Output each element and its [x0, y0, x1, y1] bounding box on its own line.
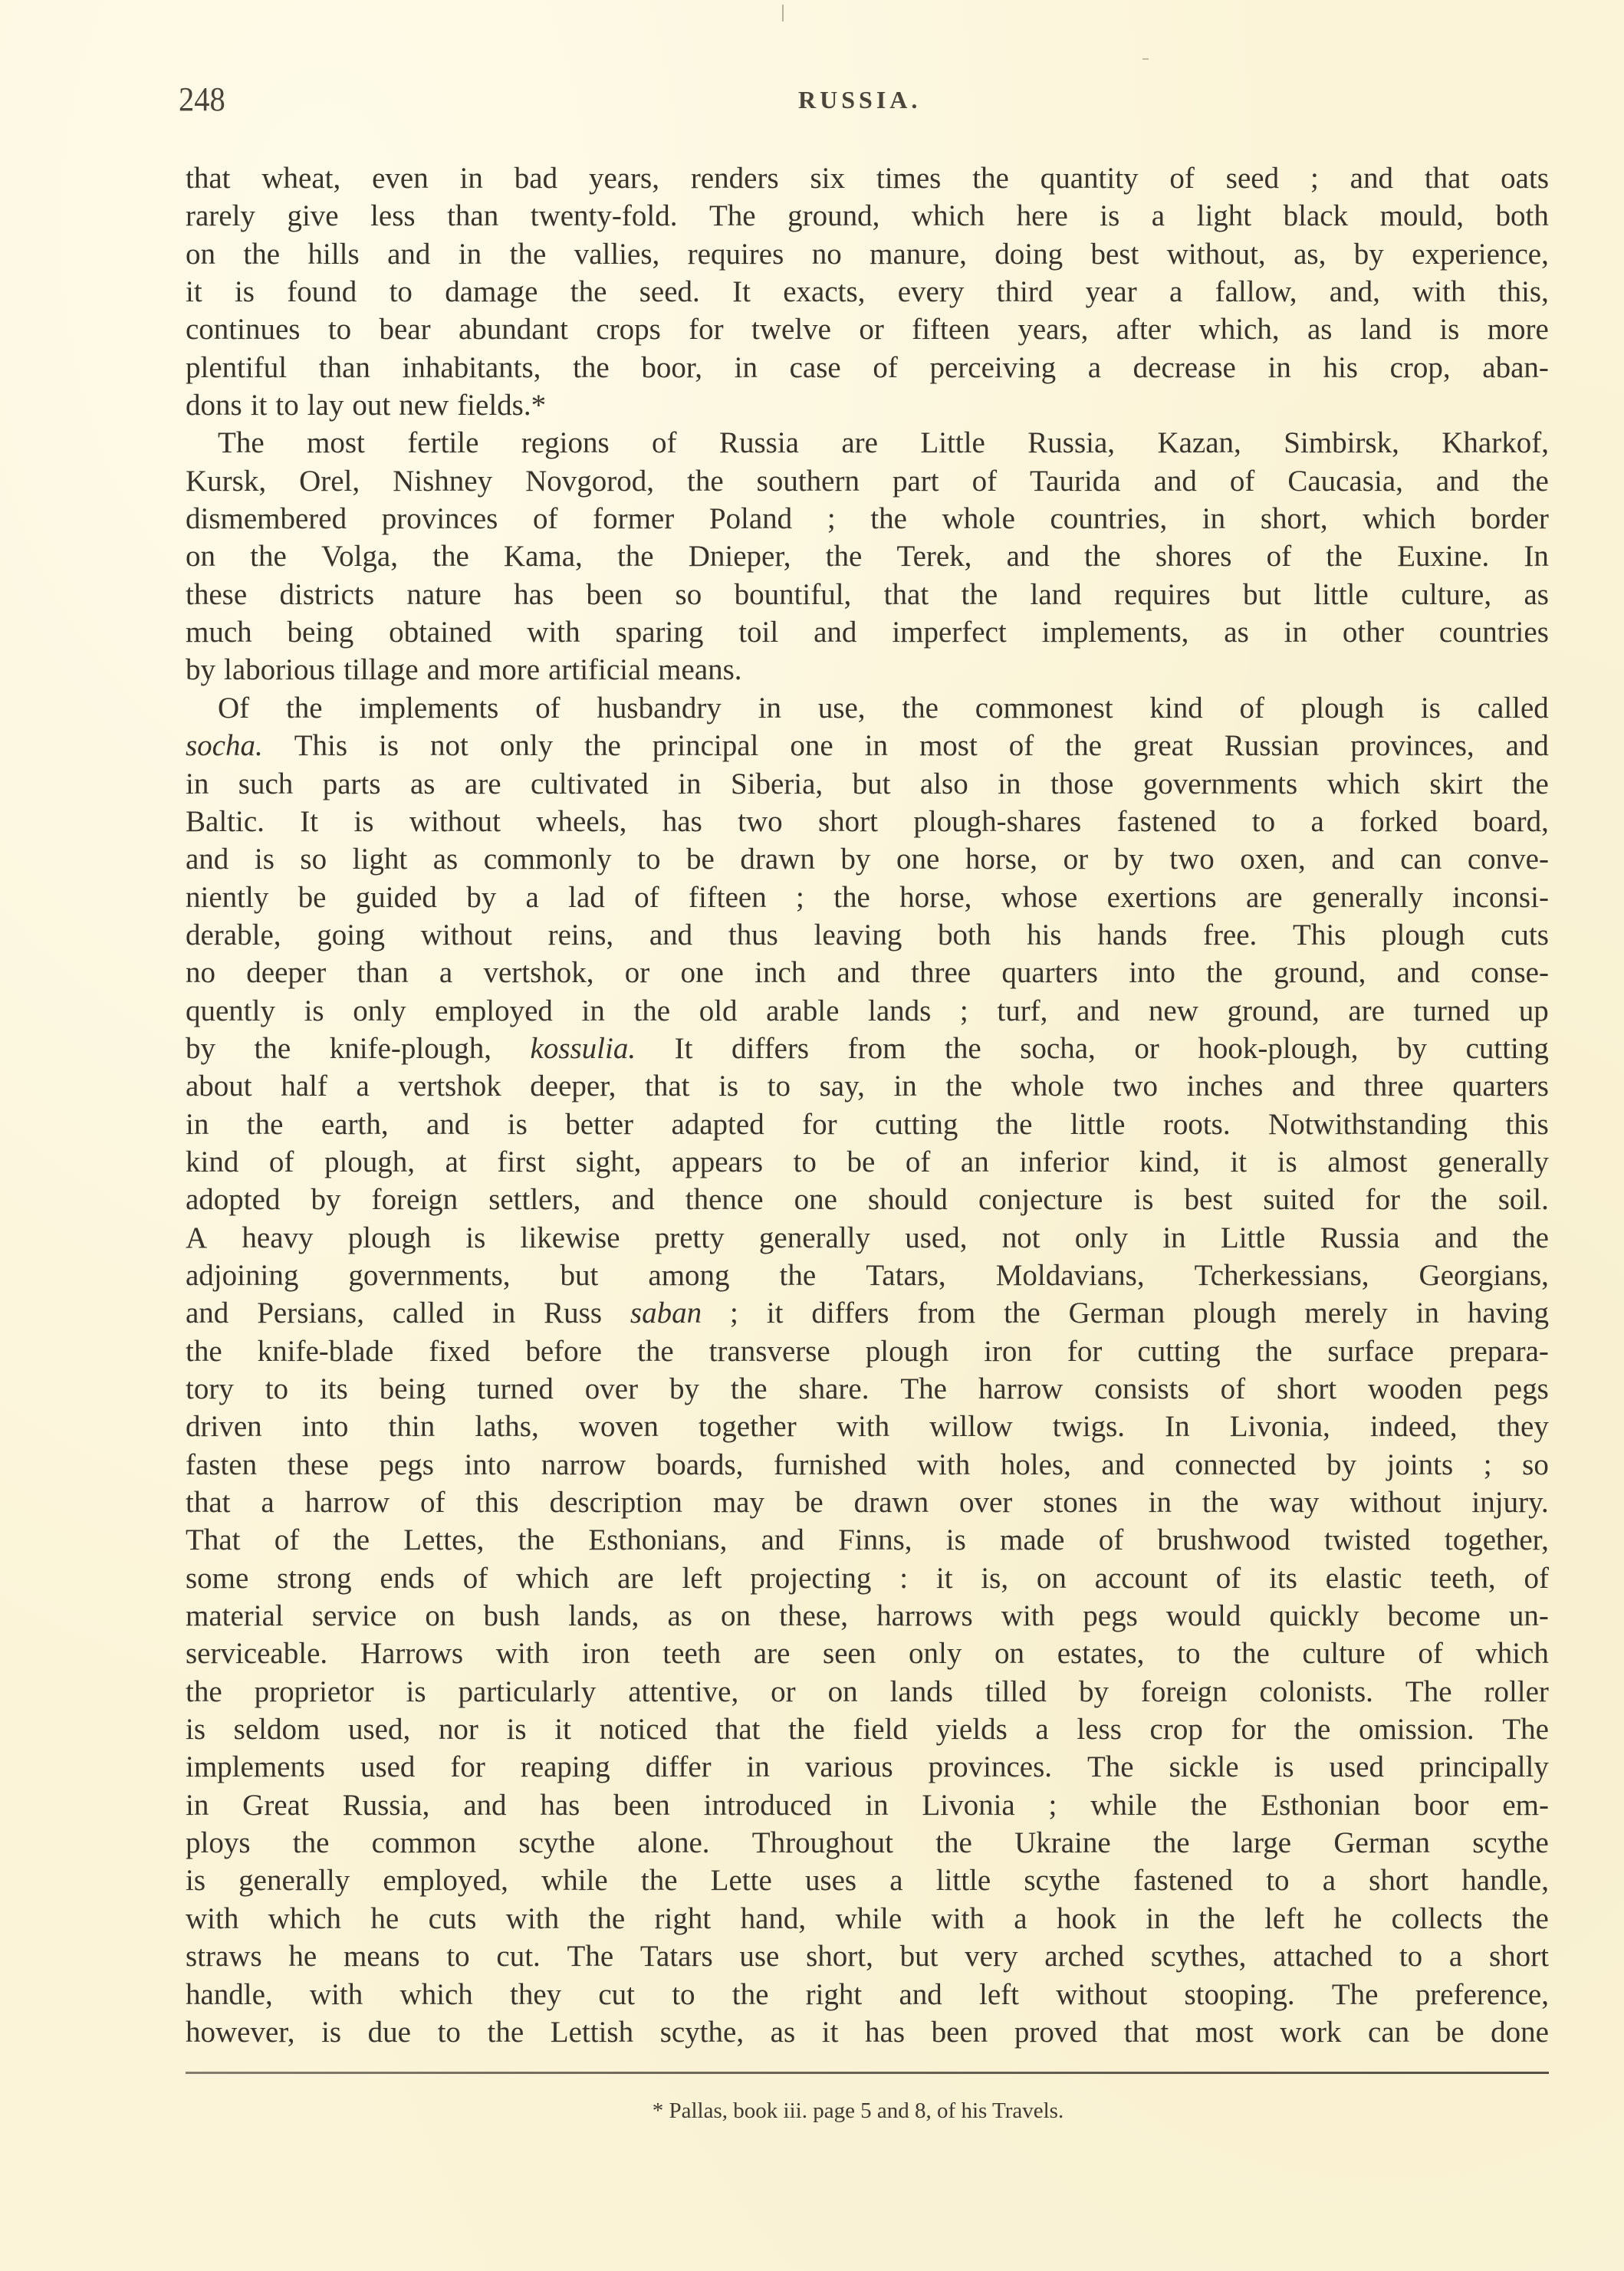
word: of	[1099, 1521, 1124, 1559]
text-line: drivenintothinlaths,woventogetherwithwil…	[186, 1408, 1549, 1445]
word: holes,	[1001, 1446, 1071, 1484]
word: obtained	[389, 613, 491, 651]
text-line: ontheVolga,theKama,theDnieper,theTerek,a…	[186, 537, 1549, 575]
word: fallow,	[1215, 273, 1297, 311]
word: reaping	[521, 1748, 610, 1786]
word: crops	[596, 311, 660, 348]
word: the	[243, 235, 280, 273]
word: German	[1069, 1294, 1165, 1332]
word: been	[613, 1786, 670, 1824]
word: been	[587, 576, 643, 613]
word: out	[352, 386, 390, 424]
word: part	[893, 462, 939, 500]
word: boor	[1414, 1786, 1469, 1824]
text-line: withwhichhecutswiththerighthand,whilewit…	[186, 1900, 1549, 1937]
word: cutting	[875, 1106, 958, 1143]
text-line: itisfoundtodamagetheseed.Itexacts,everyt…	[186, 273, 1549, 311]
word: short	[1277, 1370, 1336, 1408]
word: The	[1502, 1711, 1549, 1748]
word: a	[1035, 1711, 1048, 1748]
word: mould,	[1380, 197, 1464, 235]
word: short,	[806, 1937, 873, 1975]
word: some	[186, 1559, 248, 1597]
word: conjecture	[978, 1181, 1103, 1218]
word: omission.	[1359, 1711, 1474, 1748]
word: it	[767, 1294, 784, 1332]
word: cutting	[1466, 1030, 1549, 1067]
word: and	[837, 954, 880, 991]
word: kind,	[1139, 1143, 1200, 1181]
word: attentive,	[628, 1673, 738, 1711]
word: the	[333, 1521, 370, 1559]
text-line: materialserviceonbushlands,asonthese,har…	[186, 1597, 1549, 1635]
text-line: isgenerallyemployed,whiletheLetteusesali…	[186, 1862, 1549, 1899]
word: Siberia,	[731, 765, 823, 803]
word: culture,	[1401, 576, 1491, 613]
word: Tatars	[640, 1937, 713, 1975]
word: plentiful	[186, 349, 287, 386]
word: it	[822, 2013, 839, 2051]
word: before	[525, 1333, 602, 1370]
word: is	[1421, 689, 1441, 727]
word: a	[889, 1862, 902, 1899]
word: is	[379, 727, 399, 764]
word: to	[672, 1976, 695, 2013]
word: of	[275, 1521, 300, 1559]
word: are	[1348, 992, 1385, 1030]
word: laborious	[224, 651, 335, 689]
word: land	[1031, 576, 1082, 613]
book-page: 248 RUSSIA. thatwheat,eveninbadyears,ren…	[0, 0, 1624, 2271]
word: deeper	[246, 954, 326, 991]
word: its	[320, 1370, 348, 1408]
text-line: donsittolayoutnewfields.*	[186, 386, 1549, 424]
italic-word: socha.	[186, 727, 263, 764]
word: This	[294, 727, 347, 764]
word: connected	[1175, 1446, 1296, 1484]
word: and	[611, 1181, 654, 1218]
word: Russia,	[343, 1786, 430, 1824]
word: to	[438, 2013, 461, 2051]
word: by	[840, 840, 870, 878]
word: and	[814, 613, 856, 651]
word: the	[250, 537, 287, 575]
word: thus	[728, 916, 778, 954]
word: Kursk,	[186, 462, 266, 500]
word: and	[1077, 992, 1119, 1030]
word: sickle	[1169, 1748, 1239, 1786]
word: one	[790, 727, 833, 764]
word: is	[255, 840, 275, 878]
word: to	[446, 1937, 469, 1975]
text-line: onthehillsandinthevallies,requiresnomanu…	[186, 235, 1549, 273]
word: generally	[238, 1862, 350, 1899]
word: as,	[1294, 235, 1326, 273]
word: tillage	[344, 651, 418, 689]
word: an	[961, 1143, 989, 1181]
word: on	[1037, 1559, 1067, 1597]
word: it	[936, 1559, 953, 1597]
word: principally	[1419, 1748, 1549, 1786]
word: Kama,	[504, 537, 583, 575]
word: over	[585, 1370, 638, 1408]
word: governments,	[348, 1257, 510, 1294]
word: has	[540, 1786, 580, 1824]
word: has	[514, 576, 554, 613]
word: first	[497, 1143, 545, 1181]
word: in	[1149, 1484, 1172, 1521]
word: exertions	[1107, 879, 1217, 916]
word: new	[1149, 992, 1198, 1030]
word: perceiving	[929, 349, 1056, 386]
word: Poland	[709, 500, 792, 537]
word: Russia	[719, 424, 799, 462]
text-line: ploysthecommonscythealone.ThroughouttheU…	[186, 1824, 1549, 1862]
text-line: dismemberedprovincesofformerPoland;thewh…	[186, 500, 1549, 537]
word: the	[247, 1106, 284, 1143]
word: both	[1496, 197, 1549, 235]
text-line: plentifulthaninhabitants,theboor,incaseo…	[186, 349, 1549, 386]
word: of	[269, 1143, 294, 1181]
word: going	[317, 916, 385, 954]
word: made	[1000, 1521, 1064, 1559]
word: which	[912, 197, 985, 235]
text-line: muchbeingobtainedwithsparingtoilandimper…	[186, 613, 1549, 651]
word: has	[662, 803, 702, 840]
word: the	[788, 1711, 825, 1748]
word: of	[906, 1143, 931, 1181]
word: The	[1087, 1748, 1134, 1786]
word: fastened	[1117, 803, 1217, 840]
word: left	[1264, 1900, 1304, 1937]
word: cultivated	[531, 765, 649, 803]
word: Livonia	[922, 1786, 1014, 1824]
word: districts	[280, 576, 375, 613]
word: three	[1364, 1067, 1424, 1105]
word: here	[1017, 197, 1068, 235]
word: that	[645, 1067, 689, 1105]
word: his	[1027, 916, 1062, 954]
word: commonest	[975, 689, 1113, 727]
word: turf,	[997, 992, 1047, 1030]
word: with	[917, 1446, 970, 1484]
word: up	[1519, 992, 1549, 1030]
word: not	[430, 727, 468, 764]
word: differ	[646, 1748, 712, 1786]
word: in	[186, 1106, 209, 1143]
word: of	[1216, 1559, 1241, 1597]
word: as	[1224, 613, 1249, 651]
word: than	[357, 954, 408, 991]
word: nor	[439, 1711, 478, 1748]
word: ;	[1049, 1786, 1057, 1824]
text-line: handle,withwhichtheycuttotherightandleft…	[186, 1976, 1549, 2013]
word: elastic	[1326, 1559, 1402, 1597]
text-line: abouthalfavertshokdeeper,thatistosay,int…	[186, 1067, 1549, 1105]
word: without	[1349, 1484, 1441, 1521]
word: alone.	[637, 1824, 709, 1862]
word: used,	[905, 1219, 967, 1257]
word: provinces,	[1350, 727, 1474, 764]
word: dons	[186, 386, 242, 424]
word: and	[649, 916, 692, 954]
word: the	[1326, 537, 1363, 575]
word: harrow	[305, 1484, 390, 1521]
word: left	[979, 1976, 1019, 2013]
word: which	[1363, 500, 1435, 537]
word: roller	[1484, 1673, 1548, 1711]
word: right	[806, 1976, 863, 2013]
word: wooden	[1368, 1370, 1462, 1408]
word: implements	[359, 689, 498, 727]
word: years,	[1017, 311, 1088, 348]
word: the	[186, 1333, 222, 1370]
word: while	[836, 1900, 902, 1937]
word: in	[1202, 500, 1225, 537]
word: injury.	[1471, 1484, 1548, 1521]
word: the	[935, 1824, 972, 1862]
word: iron	[984, 1333, 1032, 1370]
word: two	[1113, 1067, 1159, 1105]
word: the	[255, 1030, 291, 1067]
word: pegs	[1083, 1597, 1138, 1635]
word: short,	[1261, 500, 1328, 537]
word: account	[1095, 1559, 1188, 1597]
word: guided	[356, 879, 437, 916]
word: decrease	[1133, 349, 1236, 386]
word: Taurida	[1030, 462, 1121, 500]
word: way	[1269, 1484, 1319, 1521]
word: ground,	[1274, 954, 1366, 991]
word: the	[432, 537, 469, 575]
word: pegs	[1494, 1370, 1549, 1408]
word: narrow	[541, 1446, 626, 1484]
word: whole	[942, 500, 1015, 537]
word: the	[1512, 462, 1549, 500]
word: as	[1307, 311, 1333, 348]
word: best	[1091, 235, 1139, 273]
text-line: andissolightascommonlytobedrawnbyonehors…	[186, 840, 1549, 878]
word: socha,	[1020, 1030, 1096, 1067]
word: is	[235, 273, 255, 311]
word: by	[669, 1370, 699, 1408]
word: and	[1292, 1067, 1335, 1105]
word: the	[186, 1673, 222, 1711]
text-line: bytheknife-plough,kossulia.Itdiffersfrom…	[186, 1030, 1549, 1067]
word: Throughout	[752, 1824, 893, 1862]
word: and	[1436, 462, 1479, 500]
word: new	[399, 386, 449, 424]
word: this	[1505, 1106, 1548, 1143]
word: lands	[868, 992, 931, 1030]
word: the	[870, 500, 907, 537]
word: in	[460, 159, 483, 197]
text-line: ThatoftheLettes,theEsthonians,andFinns,i…	[186, 1521, 1549, 1559]
word: with	[527, 613, 580, 651]
word: of	[463, 1559, 488, 1597]
word: in	[186, 765, 209, 803]
footnote: * Pallas, book iii. page 5 and 8, of his…	[0, 2098, 1624, 2124]
word: the	[633, 992, 670, 1030]
word: provinces	[382, 500, 498, 537]
word: a	[356, 1067, 369, 1105]
text-line: andPersians,calledinRusssaban;itdiffersf…	[186, 1294, 1549, 1332]
word: that	[884, 576, 929, 613]
word: the	[833, 879, 870, 916]
word: Harrows	[360, 1635, 463, 1672]
word: fasten	[186, 1446, 257, 1484]
word: is	[186, 1711, 205, 1748]
word: in	[1416, 1294, 1439, 1332]
word: two	[1169, 840, 1215, 878]
word: fixed	[429, 1333, 490, 1370]
word: Dnieper,	[689, 537, 791, 575]
word: is	[406, 1673, 426, 1711]
word: boards,	[656, 1446, 744, 1484]
word: a	[439, 954, 452, 991]
word: exacts,	[783, 273, 865, 311]
word: the	[731, 1370, 768, 1408]
word: right	[655, 1900, 712, 1937]
text-line: however,isduetotheLettishscythe,asithasb…	[186, 2013, 1549, 2051]
word: seed	[1226, 159, 1279, 197]
word: ;	[796, 879, 804, 916]
word: tilled	[985, 1673, 1047, 1711]
word: sight,	[576, 1143, 642, 1181]
word: the	[589, 1900, 626, 1937]
word: inches	[1187, 1067, 1264, 1105]
word: and	[1435, 1219, 1478, 1257]
word: Terek,	[896, 537, 971, 575]
word: yields	[936, 1711, 1008, 1748]
word: Moldavians,	[996, 1257, 1145, 1294]
word: laths,	[475, 1408, 538, 1445]
word: of	[1169, 159, 1195, 197]
word: hand,	[741, 1900, 807, 1937]
word: Russ	[544, 1294, 602, 1332]
word: so	[676, 576, 702, 613]
word: em-	[1502, 1786, 1549, 1824]
word: lad	[568, 879, 605, 916]
word: as	[433, 840, 459, 878]
text-line: thesedistrictsnaturehasbeensobountiful,t…	[186, 576, 1549, 613]
word: in	[893, 1067, 916, 1105]
word: appears	[672, 1143, 763, 1181]
word: in	[582, 992, 605, 1030]
word: countries	[1439, 613, 1549, 651]
word: The	[900, 1370, 947, 1408]
text-line: theknife-bladefixedbeforethetransversepl…	[186, 1333, 1549, 1370]
text-line: serviceable.Harrowswithironteethareseeno…	[186, 1635, 1549, 1672]
word: seen	[823, 1635, 876, 1672]
word: little	[936, 1862, 991, 1899]
word: on	[721, 1597, 751, 1635]
text-line: ThemostfertileregionsofRussiaareLittleRu…	[186, 424, 1549, 462]
word: with	[1412, 273, 1465, 311]
word: in	[865, 727, 888, 764]
word: Novgorod,	[525, 462, 654, 500]
word: together,	[1445, 1521, 1549, 1559]
word: oxen,	[1240, 840, 1306, 878]
word: free.	[1203, 916, 1257, 954]
word: a	[1323, 1862, 1336, 1899]
word: plough	[1193, 1294, 1276, 1332]
word: it	[1230, 1143, 1247, 1181]
word: is	[1133, 1181, 1153, 1218]
word: crop,	[1390, 349, 1451, 386]
word: ;	[960, 992, 968, 1030]
word: done	[1491, 2013, 1549, 2051]
word: he	[288, 1937, 317, 1975]
word: kind	[186, 1143, 238, 1181]
word: by	[466, 879, 496, 916]
word: ploys	[186, 1824, 251, 1862]
word: share.	[798, 1370, 869, 1408]
word: employed	[435, 992, 553, 1030]
word: likewise	[521, 1219, 620, 1257]
word: stooping.	[1185, 1976, 1295, 2013]
word: fastened	[1133, 1862, 1233, 1899]
word: the	[1198, 1900, 1235, 1937]
text-line: implementsusedforreapingdifferinvariousp…	[186, 1748, 1549, 1786]
word: forked	[1359, 803, 1438, 840]
word: proprietor	[255, 1673, 374, 1711]
word: is	[507, 1711, 527, 1748]
word: pegs	[379, 1446, 434, 1484]
word: fifteen	[912, 311, 990, 348]
word: governments	[1143, 765, 1297, 803]
word: the	[1256, 1333, 1293, 1370]
word: heavy	[242, 1219, 313, 1257]
word: cuts	[429, 1900, 477, 1937]
word: attached	[1273, 1937, 1373, 1975]
word: and	[1397, 954, 1440, 991]
word: other	[1343, 613, 1404, 651]
word: Persians,	[257, 1294, 364, 1332]
word: to	[768, 1067, 791, 1105]
word: into	[1129, 954, 1175, 991]
word: land	[1360, 311, 1412, 348]
word: thin	[389, 1408, 436, 1445]
word: differs	[811, 1294, 889, 1332]
text-line: Oftheimplementsofhusbandryinuse,thecommo…	[186, 689, 1549, 727]
word: three	[911, 954, 971, 991]
word: woven	[579, 1408, 659, 1445]
word: is	[353, 803, 373, 840]
word: Of	[218, 689, 249, 727]
italic-word: kossulia.	[531, 1030, 636, 1067]
word: foreign	[1141, 1673, 1228, 1711]
text-line: insuchpartsasarecultivatedinSiberia,buta…	[186, 765, 1549, 803]
word: The	[567, 1937, 614, 1975]
word: generally	[1438, 1143, 1549, 1181]
word: is	[321, 2013, 341, 2051]
word: almost	[1327, 1143, 1407, 1181]
word: short	[818, 803, 878, 840]
word: material	[186, 1597, 284, 1635]
word: from	[848, 1030, 906, 1067]
word: doing	[994, 235, 1063, 273]
word: and	[186, 840, 228, 878]
word: description	[550, 1484, 682, 1521]
word: seldom	[234, 1711, 321, 1748]
word: no	[186, 954, 215, 991]
word: the	[584, 727, 621, 764]
word: Great	[242, 1786, 309, 1824]
word: It	[732, 273, 751, 311]
word: :	[899, 1559, 908, 1597]
word: one	[896, 840, 939, 878]
